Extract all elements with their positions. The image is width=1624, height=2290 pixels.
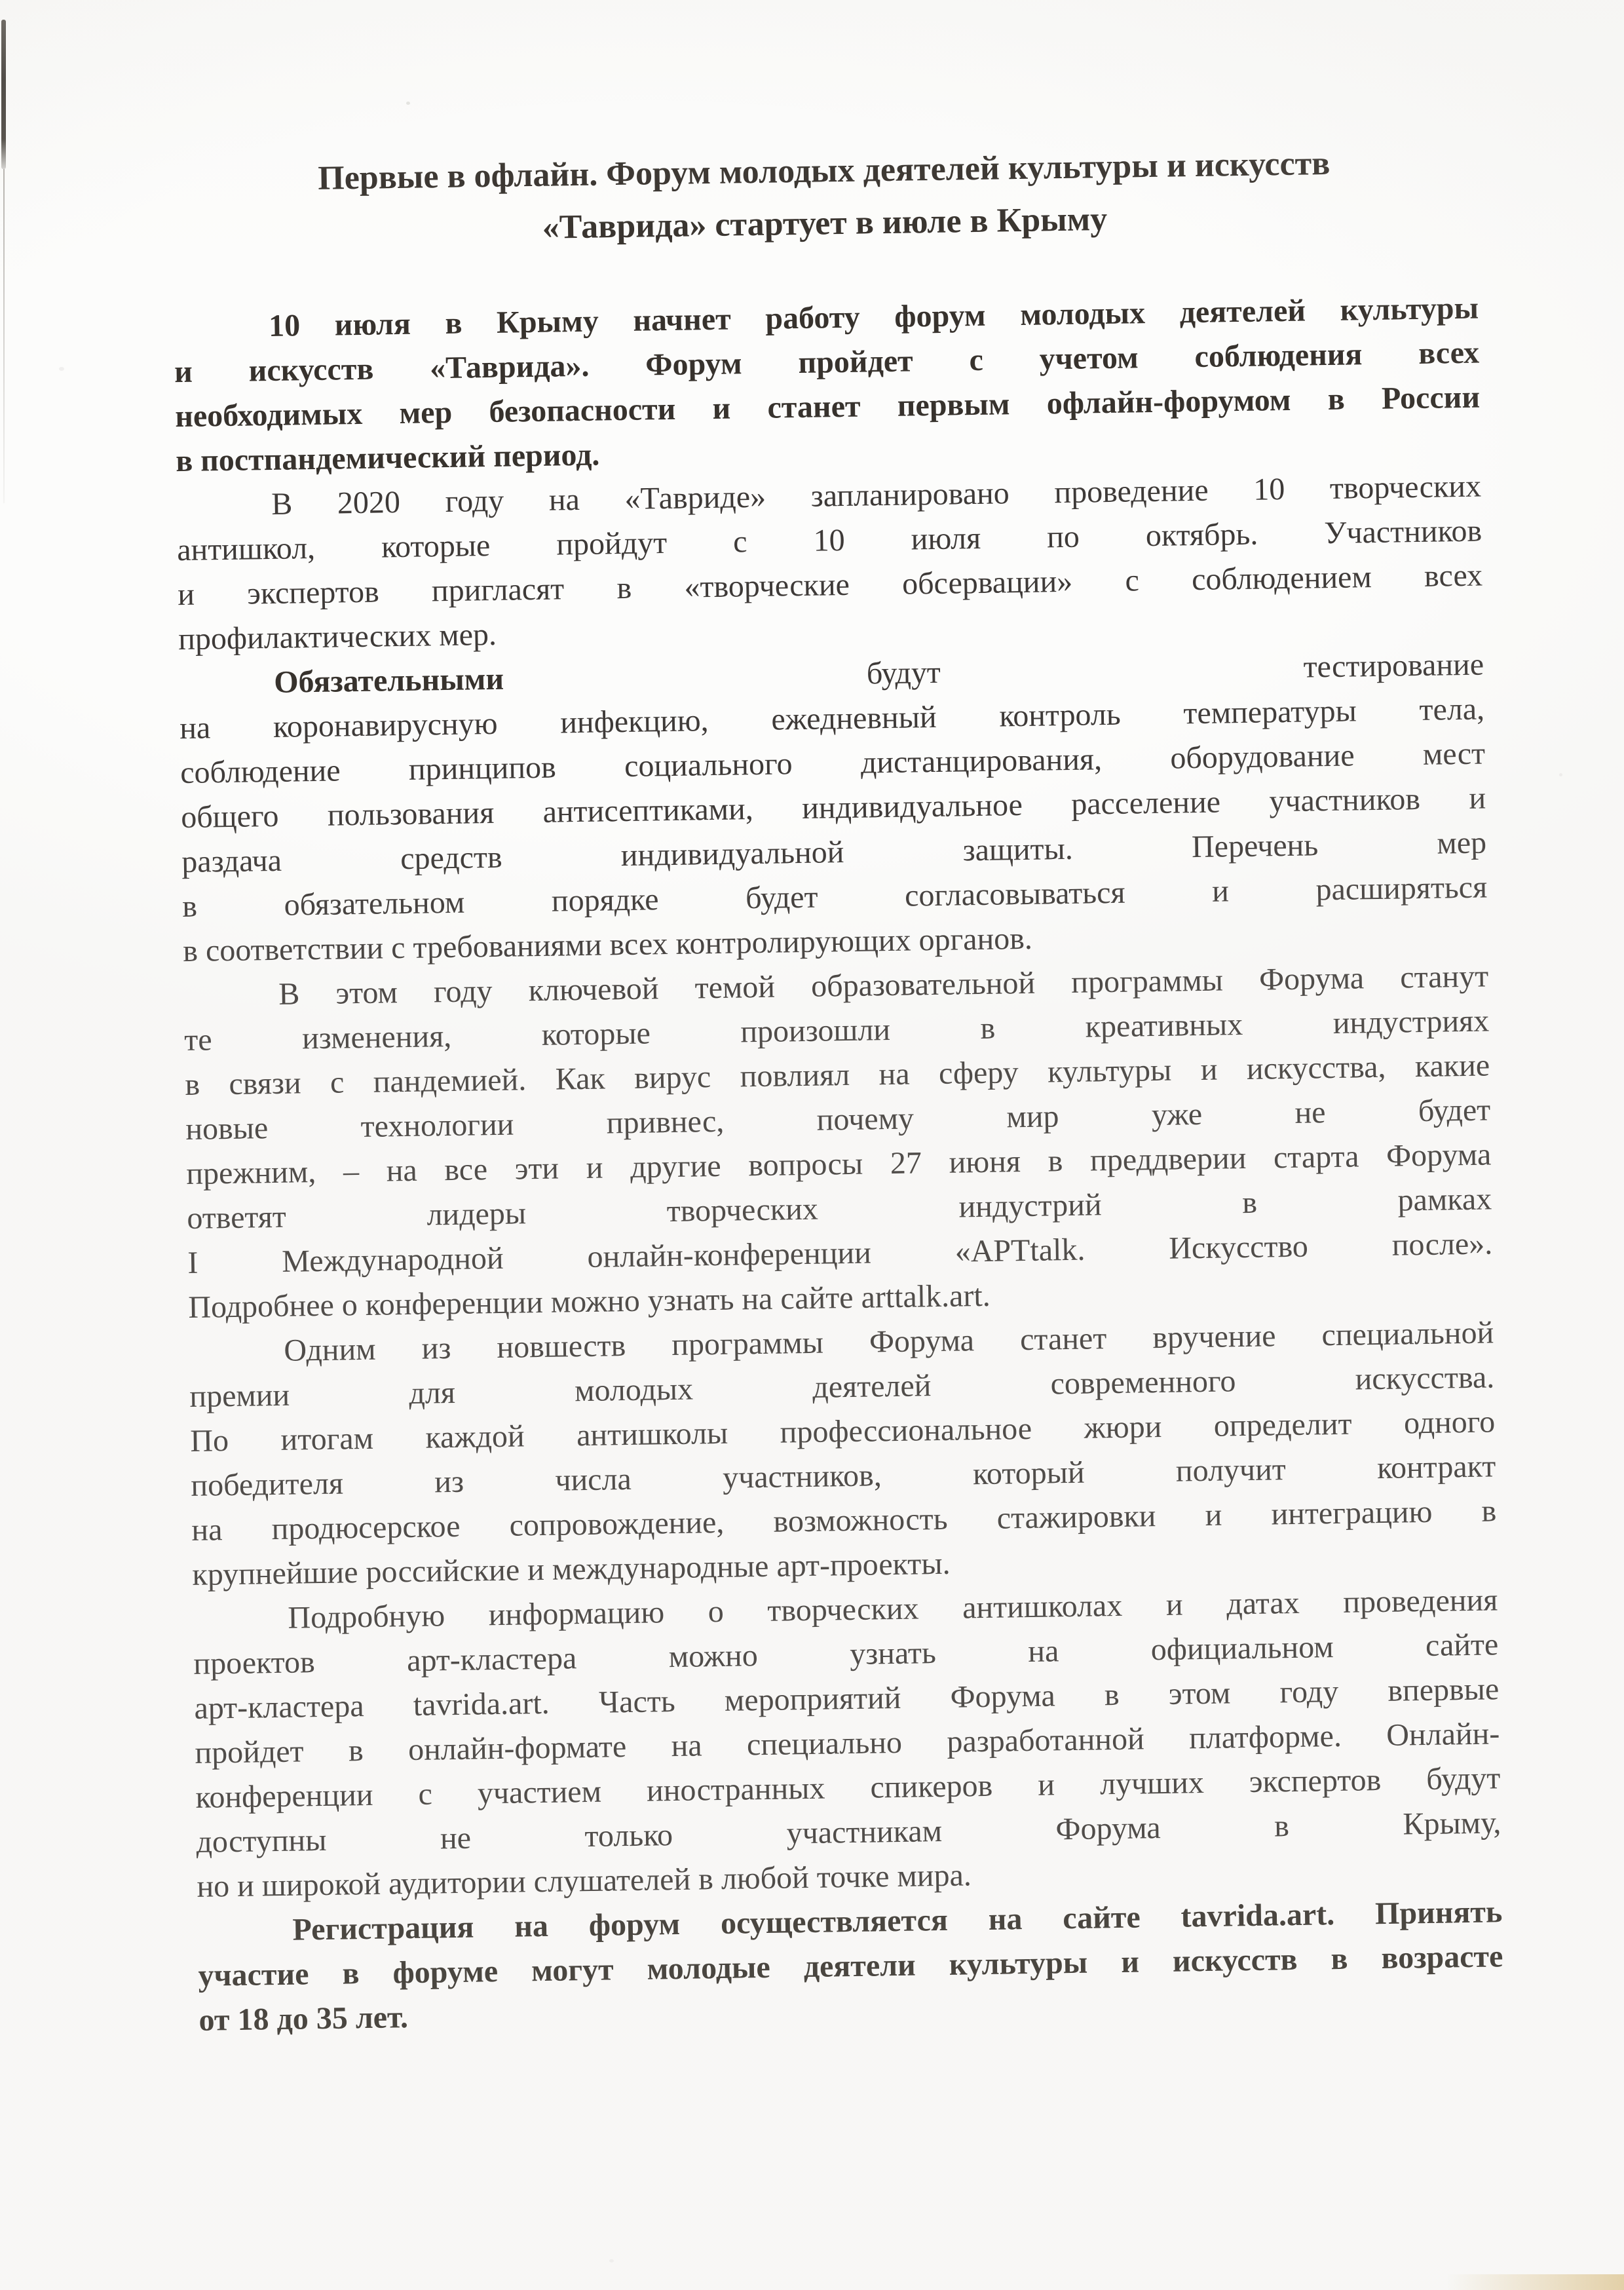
bold-text-segment: Обязательными — [274, 662, 504, 700]
paragraph-7: Регистрация на форум осуществляется на с… — [197, 1890, 1504, 2043]
scan-artifact-speck — [1559, 773, 1562, 776]
paragraph-3: Обязательными будут тестированиена корон… — [179, 643, 1488, 974]
document-title: Первые в офлайн. Форум молодых деятелей … — [171, 136, 1477, 260]
scan-artifact-speck — [609, 2259, 614, 2262]
scan-artifact-speck — [59, 367, 64, 371]
document-body: 10 июля в Крыму начнет работу форум моло… — [174, 286, 1504, 2043]
paragraph-4: В этом году ключевой темой образовательн… — [183, 954, 1494, 1329]
text-segment: будут — [866, 655, 941, 691]
paragraph-6: Подробную информацию о творческих антишк… — [193, 1578, 1502, 1909]
text-segment: тестирование — [1303, 647, 1484, 685]
paragraph-1: 10 июля в Крыму начнет работу форум моло… — [174, 286, 1481, 484]
document-content: Первые в офлайн. Форум молодых деятелей … — [169, 0, 1504, 2043]
scan-artifact-corner-smudge — [1447, 2274, 1624, 2290]
paragraph-5: Одним из новшеств программы Форума стане… — [189, 1310, 1498, 1597]
document-page: Первые в офлайн. Форум молодых деятелей … — [0, 0, 1624, 2290]
paragraph-2: В 2020 году на «Тавриде» запланировано п… — [176, 465, 1484, 662]
scan-artifact-edge-mark — [1, 20, 6, 169]
scan-artifact-edge-line — [3, 169, 5, 503]
